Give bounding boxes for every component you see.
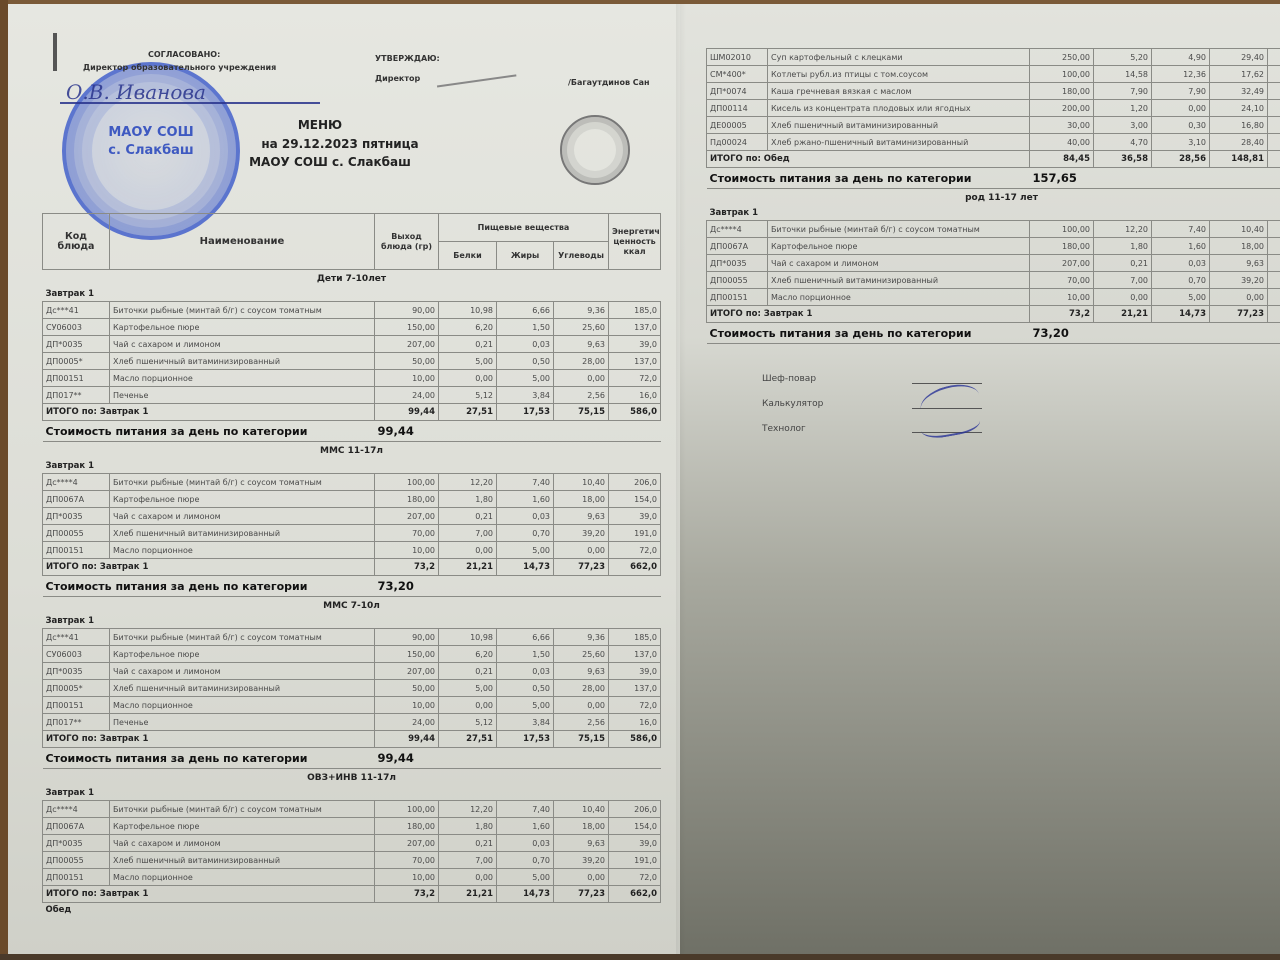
cell-fat: 5,00 [497, 370, 554, 387]
cell-carbs: 32,49 [1210, 83, 1268, 100]
cell-code: ДП00114 [707, 100, 768, 117]
cell-code: ДП*0035 [43, 835, 110, 852]
cell-name: Хлеб пшеничный витаминизированный [768, 117, 1030, 134]
cell-protein: 1,80 [439, 818, 497, 835]
cell-carbs: 29,40 [1210, 49, 1268, 66]
group-label: Дети 7-10лет [43, 270, 661, 288]
cell-fat: 1,60 [1152, 238, 1210, 255]
header-name: Наименование [110, 214, 375, 270]
header-protein: Белки [439, 242, 497, 270]
cell-protein: 5,00 [439, 353, 497, 370]
cell-yield: 207,00 [375, 508, 439, 525]
cell-name: Биточки рыбные (минтай б/г) с соусом том… [110, 474, 375, 491]
title-date: на 29.12.2023 пятница [230, 137, 450, 151]
cell-carbs: 10,40 [1210, 221, 1268, 238]
cell-name: Масло порционное [110, 697, 375, 714]
cell-fat: 5,00 [497, 697, 554, 714]
total-yield: 73,2 [375, 559, 439, 576]
table-row: Дс***41Биточки рыбные (минтай б/г) с соу… [43, 629, 661, 646]
cell-fat: 1,50 [497, 646, 554, 663]
section-group-title: ММС 11-17л [43, 442, 661, 460]
section-group-title: род 11-17 лет [707, 189, 1280, 207]
cell-fat: 7,90 [1152, 83, 1210, 100]
desk-edge-left [0, 0, 8, 960]
cell-clipped [1268, 255, 1280, 272]
cell-code: Дс***41 [43, 629, 110, 646]
total-energy: 662,0 [609, 886, 661, 903]
cell-energy: 16,0 [609, 387, 661, 404]
cost-row: Стоимость питания за день по категории73… [707, 323, 1280, 344]
cell-carbs: 28,00 [554, 353, 609, 370]
pen-mark [53, 33, 57, 71]
header-nutrients: Пищевые вещества [439, 214, 609, 242]
cell-protein: 1,80 [1094, 238, 1152, 255]
cell-energy: 185,0 [609, 302, 661, 319]
cell-fat: 0,03 [497, 663, 554, 680]
cell-name: Хлеб пшеничный витаминизированный [110, 353, 375, 370]
cell-yield: 180,00 [1030, 83, 1094, 100]
cell-name: Чай с сахаром и лимоном [110, 835, 375, 852]
cell-name: Биточки рыбные (минтай б/г) с соусом том… [110, 302, 375, 319]
cell-name: Картофельное пюре [110, 818, 375, 835]
total-label: ИТОГО по: Завтрак 1 [43, 559, 375, 576]
cell-carbs: 0,00 [1210, 289, 1268, 306]
section-group-title: ОВЗ+ИНВ 11-17л [43, 769, 661, 787]
cell-protein: 12,20 [1094, 221, 1152, 238]
meal-title: Завтрак 1 [707, 206, 1280, 221]
cell-yield: 30,00 [1030, 117, 1094, 134]
meal-title: Завтрак 1 [43, 459, 661, 474]
cell-code: ДП*0035 [43, 336, 110, 353]
cell-yield: 180,00 [375, 491, 439, 508]
table-row: ДП0067АКартофельное пюре180,001,801,6018… [707, 238, 1280, 255]
cell-code: ДП0067А [707, 238, 768, 255]
cell-protein: 7,00 [439, 852, 497, 869]
header-yield: Выход блюда (гр) [375, 214, 439, 270]
cell-code: ДП*0074 [707, 83, 768, 100]
group-label: род 11-17 лет [707, 189, 1280, 207]
table-row: СМ*400*Котлеты рубл.из птицы с том.соусо… [707, 66, 1280, 83]
cell-energy: 39,0 [609, 336, 661, 353]
cell-code: Дс****4 [707, 221, 768, 238]
agreed-signature-line [60, 102, 320, 104]
cost-row: Стоимость питания за день по категории99… [43, 421, 661, 442]
cell-name: Чай с сахаром и лимоном [768, 255, 1030, 272]
cell-protein: 1,20 [1094, 100, 1152, 117]
meal-label: Завтрак 1 [707, 206, 1280, 221]
cell-code: СУ06003 [43, 319, 110, 336]
cell-energy: 137,0 [609, 680, 661, 697]
cell-fat: 1,60 [497, 818, 554, 835]
cell-fat: 5,00 [1152, 289, 1210, 306]
total-fat: 14,73 [497, 559, 554, 576]
cell-code: ДП0067А [43, 491, 110, 508]
cell-protein: 1,80 [439, 491, 497, 508]
cell-name: Картофельное пюре [110, 491, 375, 508]
table-row: СУ06003Картофельное пюре150,006,201,5025… [43, 646, 661, 663]
total-protein: 27,51 [439, 404, 497, 421]
table-row: ДП00055Хлеб пшеничный витаминизированный… [707, 272, 1280, 289]
cell-yield: 10,00 [375, 869, 439, 886]
table-row: СУ06003Картофельное пюре150,006,201,5025… [43, 319, 661, 336]
cost-value: 99,44 [375, 421, 661, 442]
cell-name: Печенье [110, 714, 375, 731]
cell-protein: 3,00 [1094, 117, 1152, 134]
table-row: ДП00151Масло порционное10,000,005,000,00… [43, 542, 661, 559]
cell-protein: 0,21 [439, 835, 497, 852]
cost-value: 73,20 [375, 576, 661, 597]
cell-yield: 207,00 [375, 835, 439, 852]
cell-code: СУ06003 [43, 646, 110, 663]
cell-carbs: 25,60 [554, 646, 609, 663]
table-row: ДЕ00005Хлеб пшеничный витаминизированный… [707, 117, 1280, 134]
cell-energy: 72,0 [609, 869, 661, 886]
agreed-position: Директор образовательного учреждения [83, 63, 276, 72]
cell-energy: 137,0 [609, 646, 661, 663]
cell-clipped [1268, 221, 1280, 238]
cell-energy: 185,0 [609, 629, 661, 646]
cell-code: ДП00151 [43, 542, 110, 559]
chef-label: Шеф-повар [762, 374, 816, 384]
cell-yield: 70,00 [1030, 272, 1094, 289]
cost-row: Стоимость питания за день по категории15… [707, 168, 1280, 189]
cell-protein: 0,21 [439, 508, 497, 525]
cell-fat: 1,50 [497, 319, 554, 336]
cell-code: ДП0005* [43, 353, 110, 370]
table-row: ДП*0074Каша гречневая вязкая с маслом180… [707, 83, 1280, 100]
cell-fat: 0,50 [497, 353, 554, 370]
total-yield: 99,44 [375, 404, 439, 421]
cell-name: Масло порционное [110, 542, 375, 559]
total-fat: 14,73 [497, 886, 554, 903]
table-row: ДП*0035Чай с сахаром и лимоном207,000,21… [43, 508, 661, 525]
table-row: ДП*0035Чай с сахаром и лимоном207,000,21… [43, 336, 661, 353]
table-row: Дс****4Биточки рыбные (минтай б/г) с соу… [43, 474, 661, 491]
total-fat: 17,53 [497, 404, 554, 421]
cell-name: Хлеб ржано-пшеничный витаминизированный [768, 134, 1030, 151]
cell-name: Чай с сахаром и лимоном [110, 663, 375, 680]
cell-code: ШМ02010 [707, 49, 768, 66]
cell-code: ДП0005* [43, 680, 110, 697]
cell-carbs: 9,63 [554, 508, 609, 525]
cell-carbs: 39,20 [554, 852, 609, 869]
cell-clipped [1268, 49, 1280, 66]
next-meal-label: Обед [43, 903, 661, 918]
cell-fat: 0,03 [497, 508, 554, 525]
cell-yield: 90,00 [375, 302, 439, 319]
cell-carbs: 0,00 [554, 542, 609, 559]
cell-carbs: 39,20 [554, 525, 609, 542]
cell-protein: 5,20 [1094, 49, 1152, 66]
cell-code: ДП00055 [43, 852, 110, 869]
cell-protein: 14,58 [1094, 66, 1152, 83]
cell-yield: 90,00 [375, 629, 439, 646]
cell-clipped [1268, 289, 1280, 306]
cell-carbs: 18,00 [1210, 238, 1268, 255]
cost-label: Стоимость питания за день по категории [707, 168, 1030, 189]
cell-yield: 250,00 [1030, 49, 1094, 66]
page-fold-shadow [676, 4, 686, 960]
cell-carbs: 9,63 [554, 835, 609, 852]
cell-yield: 10,00 [375, 542, 439, 559]
table-row: ДП00114Кисель из концентрата плодовых ил… [707, 100, 1280, 117]
cell-protein: 10,98 [439, 629, 497, 646]
calculator-label: Калькулятор [762, 399, 823, 409]
cell-energy: 191,0 [609, 525, 661, 542]
cell-fat: 0,03 [1152, 255, 1210, 272]
total-carbs: 77,23 [554, 886, 609, 903]
table-row: ДП*0035Чай с сахаром и лимоном207,000,21… [43, 663, 661, 680]
table-row: Дс****4Биточки рыбные (минтай б/г) с соу… [707, 221, 1280, 238]
cell-yield: 10,00 [375, 370, 439, 387]
total-label: ИТОГО по: Завтрак 1 [43, 404, 375, 421]
cell-code: Дс***41 [43, 302, 110, 319]
cost-label: Стоимость питания за день по категории [707, 323, 1030, 344]
cell-name: Биточки рыбные (минтай б/г) с соусом том… [110, 801, 375, 818]
table-row: ДП*0035Чай с сахаром и лимоном207,000,21… [707, 255, 1280, 272]
total-fat: 17,53 [497, 731, 554, 748]
cell-name: Хлеб пшеничный витаминизированный [768, 272, 1030, 289]
approve-label: УТВЕРЖДАЮ: [375, 54, 440, 63]
cell-fat: 6,66 [497, 629, 554, 646]
cell-yield: 100,00 [1030, 66, 1094, 83]
cell-code: ДП00151 [43, 697, 110, 714]
meal-label: Завтрак 1 [43, 786, 661, 801]
total-row: ИТОГО по: Завтрак 173,221,2114,7377,2366… [43, 886, 661, 903]
cell-energy: 39,0 [609, 663, 661, 680]
cell-code: ДП*0035 [43, 663, 110, 680]
table-row: ДП017**Печенье24,005,123,842,5616,0 [43, 714, 661, 731]
cost-value: 99,44 [375, 748, 661, 769]
cell-protein: 7,00 [439, 525, 497, 542]
table-row: ДП00055Хлеб пшеничный витаминизированный… [43, 525, 661, 542]
cell-yield: 10,00 [1030, 289, 1094, 306]
cell-code: ДП00055 [707, 272, 768, 289]
cell-protein: 0,21 [439, 336, 497, 353]
cell-name: Биточки рыбные (минтай б/г) с соусом том… [768, 221, 1030, 238]
cell-code: ДП00151 [707, 289, 768, 306]
cell-carbs: 18,00 [554, 818, 609, 835]
cell-code: Пд00024 [707, 134, 768, 151]
total-fat: 28,56 [1152, 151, 1210, 168]
cell-name: Чай с сахаром и лимоном [110, 508, 375, 525]
table-row: ДП00151Масло порционное10,000,005,000,00 [707, 289, 1280, 306]
cell-yield: 200,00 [1030, 100, 1094, 117]
total-protein: 21,21 [1094, 306, 1152, 323]
total-carbs: 77,23 [554, 559, 609, 576]
cell-clipped [1268, 272, 1280, 289]
cell-name: Масло порционное [110, 869, 375, 886]
total-label: ИТОГО по: Обед [707, 151, 1030, 168]
cell-fat: 5,00 [497, 869, 554, 886]
cell-protein: 0,00 [439, 370, 497, 387]
total-carbs: 75,15 [554, 731, 609, 748]
cell-yield: 24,00 [375, 387, 439, 404]
cell-yield: 150,00 [375, 319, 439, 336]
total-row: ИТОГО по: Завтрак 199,4427,5117,5375,155… [43, 731, 661, 748]
total-energy: 586,0 [609, 731, 661, 748]
total-yield: 73,2 [375, 886, 439, 903]
cell-carbs: 9,63 [1210, 255, 1268, 272]
cell-protein: 12,20 [439, 474, 497, 491]
cell-fat: 7,40 [497, 474, 554, 491]
cell-name: Каша гречневая вязкая с маслом [768, 83, 1030, 100]
cell-fat: 0,03 [497, 835, 554, 852]
cell-fat: 0,03 [497, 336, 554, 353]
cell-protein: 0,21 [439, 663, 497, 680]
title-school: МАОУ СОШ с. Слакбаш [230, 155, 430, 169]
table-row: ДП0067АКартофельное пюре180,001,801,6018… [43, 491, 661, 508]
header-fat: Жиры [497, 242, 554, 270]
cell-protein: 6,20 [439, 319, 497, 336]
cell-name: Картофельное пюре [110, 319, 375, 336]
cell-code: ДП017** [43, 714, 110, 731]
cell-carbs: 39,20 [1210, 272, 1268, 289]
cell-fat: 0,30 [1152, 117, 1210, 134]
cell-energy: 137,0 [609, 353, 661, 370]
header-carbs: Углеводы [554, 242, 609, 270]
table-row: Дс***41Биточки рыбные (минтай б/г) с соу… [43, 302, 661, 319]
cell-name: Суп картофельный с клецками [768, 49, 1030, 66]
official-seal [560, 115, 630, 185]
cell-name: Масло порционное [110, 370, 375, 387]
table-row: ДП00151Масло порционное10,000,005,000,00… [43, 697, 661, 714]
total-row: ИТОГО по: Обед84,4536,5828,56148,81 [707, 151, 1280, 168]
cell-yield: 10,00 [375, 697, 439, 714]
cell-fat: 1,60 [497, 491, 554, 508]
cell-carbs: 2,56 [554, 387, 609, 404]
cell-code: ДП*0035 [707, 255, 768, 272]
cell-fat: 0,00 [1152, 100, 1210, 117]
cell-fat: 3,10 [1152, 134, 1210, 151]
cell-energy: 72,0 [609, 697, 661, 714]
cell-clipped [1268, 66, 1280, 83]
cell-code: Дс****4 [43, 801, 110, 818]
table-row: ДП017**Печенье24,005,123,842,5616,0 [43, 387, 661, 404]
cell-fat: 5,00 [497, 542, 554, 559]
table-row: ДП*0035Чай с сахаром и лимоном207,000,21… [43, 835, 661, 852]
cell-carbs: 18,00 [554, 491, 609, 508]
cell-yield: 100,00 [375, 801, 439, 818]
table-row: ДП0005*Хлеб пшеничный витаминизированный… [43, 680, 661, 697]
cell-yield: 40,00 [1030, 134, 1094, 151]
cell-energy: 72,0 [609, 542, 661, 559]
total-carbs: 77,23 [1210, 306, 1268, 323]
cell-protein: 7,00 [1094, 272, 1152, 289]
cell-carbs: 9,36 [554, 629, 609, 646]
cost-label: Стоимость питания за день по категории [43, 748, 375, 769]
cell-code: СМ*400* [707, 66, 768, 83]
cell-carbs: 28,40 [1210, 134, 1268, 151]
cell-fat: 6,66 [497, 302, 554, 319]
cell-clipped [1268, 100, 1280, 117]
table-row: ДП0005*Хлеб пшеничный витаминизированный… [43, 353, 661, 370]
cell-yield: 24,00 [375, 714, 439, 731]
total-row: ИТОГО по: Завтрак 199,4427,5117,5375,155… [43, 404, 661, 421]
cell-energy: 39,0 [609, 508, 661, 525]
total-carbs: 75,15 [554, 404, 609, 421]
agreed-signature: О.В. Иванова [66, 80, 206, 104]
header-code: Код блюда [43, 214, 110, 270]
cell-name: Масло порционное [768, 289, 1030, 306]
cell-clipped [1268, 238, 1280, 255]
cell-yield: 207,00 [1030, 255, 1094, 272]
meal-title: Завтрак 1 [43, 287, 661, 302]
cell-energy: 16,0 [609, 714, 661, 731]
stamp-line-2: с. Слакбаш [66, 142, 236, 160]
cell-carbs: 10,40 [554, 474, 609, 491]
cell-code: ДП*0035 [43, 508, 110, 525]
cell-name: Чай с сахаром и лимоном [110, 336, 375, 353]
cell-name: Кисель из концентрата плодовых или ягодн… [768, 100, 1030, 117]
cell-fat: 0,50 [497, 680, 554, 697]
cell-name: Биточки рыбные (минтай б/г) с соусом том… [110, 629, 375, 646]
approve-position: Директор [375, 74, 420, 83]
cell-clipped [1268, 117, 1280, 134]
total-protein: 36,58 [1094, 151, 1152, 168]
total-label: ИТОГО по: Завтрак 1 [43, 731, 375, 748]
cell-yield: 100,00 [1030, 221, 1094, 238]
cell-carbs: 25,60 [554, 319, 609, 336]
cell-carbs: 24,10 [1210, 100, 1268, 117]
cell-yield: 50,00 [375, 680, 439, 697]
meal-label: Завтрак 1 [43, 287, 661, 302]
technologist-label: Технолог [762, 424, 806, 434]
cell-name: Котлеты рубл.из птицы с том.соусом [768, 66, 1030, 83]
cell-fat: 4,90 [1152, 49, 1210, 66]
cell-carbs: 2,56 [554, 714, 609, 731]
cell-name: Хлеб пшеничный витаминизированный [110, 680, 375, 697]
cell-clipped [1268, 83, 1280, 100]
cell-carbs: 0,00 [554, 370, 609, 387]
cell-fat: 7,40 [1152, 221, 1210, 238]
menu-table-left: Код блюда Наименование Выход блюда (гр) … [42, 213, 661, 917]
title-menu: МЕНЮ [240, 118, 400, 132]
approve-name: /Багаутдинов Сан [568, 78, 650, 87]
cost-label: Стоимость питания за день по категории [43, 421, 375, 442]
cell-protein: 0,00 [1094, 289, 1152, 306]
cell-energy: 154,0 [609, 818, 661, 835]
cell-yield: 150,00 [375, 646, 439, 663]
cell-code: ДП00151 [43, 869, 110, 886]
cell-yield: 70,00 [375, 852, 439, 869]
total-protein: 21,21 [439, 886, 497, 903]
total-yield: 99,44 [375, 731, 439, 748]
cell-carbs: 0,00 [554, 697, 609, 714]
cost-label: Стоимость питания за день по категории [43, 576, 375, 597]
cell-code: ДП00151 [43, 370, 110, 387]
cell-yield: 100,00 [375, 474, 439, 491]
cell-protein: 10,98 [439, 302, 497, 319]
total-label: ИТОГО по: Завтрак 1 [43, 886, 375, 903]
section-group-title: Дети 7-10лет [43, 270, 661, 288]
agreed-label: СОГЛАСОВАНО: [148, 50, 220, 59]
total-yield: 84,45 [1030, 151, 1094, 168]
cell-code: ДЕ00005 [707, 117, 768, 134]
cell-protein: 5,12 [439, 714, 497, 731]
cell-code: ДП00055 [43, 525, 110, 542]
meal-title: Завтрак 1 [43, 786, 661, 801]
group-label: ММС 7-10л [43, 597, 661, 615]
cell-protein: 7,90 [1094, 83, 1152, 100]
cell-name: Картофельное пюре [768, 238, 1030, 255]
cell-protein: 5,12 [439, 387, 497, 404]
cost-row: Стоимость питания за день по категории99… [43, 748, 661, 769]
cell-carbs: 9,63 [554, 336, 609, 353]
table-row: ДП00055Хлеб пшеничный витаминизированный… [43, 852, 661, 869]
cell-protein: 0,21 [1094, 255, 1152, 272]
cell-energy: 39,0 [609, 835, 661, 852]
